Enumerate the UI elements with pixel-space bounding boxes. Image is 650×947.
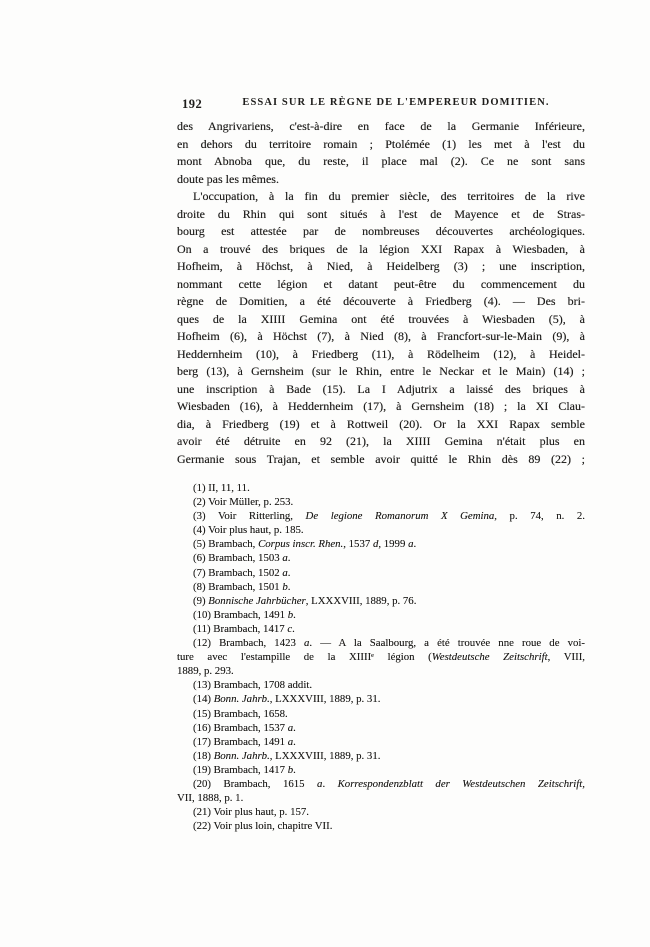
text-line: doute pas les mêmes.	[177, 171, 585, 189]
text-line: Germanie sous Trajan, et semble avoir qu…	[177, 451, 585, 469]
running-header: 192 ESSAI SUR LE RÈGNE DE L'EMPEREUR DOM…	[177, 97, 585, 112]
scanned-book-page: 192 ESSAI SUR LE RÈGNE DE L'EMPEREUR DOM…	[0, 0, 650, 947]
text-line: (9) Bonnische Jahrbücher, LXXXVIII, 1889…	[177, 594, 585, 608]
text-line: VII, 1888, p. 1.	[177, 791, 585, 805]
text-line: L'occupation, à la fin du premier siècle…	[177, 188, 585, 206]
text-line: une inscription à Bade (15). La I Adjutr…	[177, 381, 585, 399]
text-line: berg (13), à Gernsheim (sur le Rhin, ent…	[177, 363, 585, 381]
text-line: (21) Voir plus haut, p. 157.	[177, 805, 585, 819]
text-line: ques de la XIIII Gemina ont été trouvées…	[177, 311, 585, 329]
text-line: droite du Rhin qui sont situés à l'est d…	[177, 206, 585, 224]
text-line: (2) Voir Müller, p. 253.	[177, 495, 585, 509]
text-line: (4) Voir plus haut, p. 185.	[177, 523, 585, 537]
text-line: nommant cette légion et datant peut-être…	[177, 276, 585, 294]
text-line: (11) Brambach, 1417 c.	[177, 622, 585, 636]
text-line: (8) Brambach, 1501 b.	[177, 580, 585, 594]
text-line: (20) Brambach, 1615 a. Korrespondenzblat…	[177, 777, 585, 791]
text-line: On a trouvé des briques de la légion XXI…	[177, 241, 585, 259]
text-line: (16) Brambach, 1537 a.	[177, 721, 585, 735]
text-line: bourg est attestée par de nombreuses déc…	[177, 223, 585, 241]
text-line: (22) Voir plus loin, chapitre VII.	[177, 819, 585, 833]
text-line: des Angrivariens, c'est-à-dire en face d…	[177, 118, 585, 136]
text-line: dia, à Friedberg (19) et à Rottweil (20)…	[177, 416, 585, 434]
text-line: avoir été détruite en 92 (21), la XIIII …	[177, 433, 585, 451]
text-line: (19) Brambach, 1417 b.	[177, 763, 585, 777]
text-line: (17) Brambach, 1491 a.	[177, 735, 585, 749]
text-line: (18) Bonn. Jahrb., LXXXVIII, 1889, p. 31…	[177, 749, 585, 763]
text-line: règne de Domitien, a été découverte à Fr…	[177, 293, 585, 311]
text-line: (15) Brambach, 1658.	[177, 707, 585, 721]
text-line: (12) Brambach, 1423 a. — A la Saalbourg,…	[177, 636, 585, 650]
text-line: (6) Brambach, 1503 a.	[177, 551, 585, 565]
body-text: des Angrivariens, c'est-à-dire en face d…	[177, 118, 585, 468]
footnotes: (1) II, 11, 11.(2) Voir Müller, p. 253.(…	[177, 481, 585, 833]
text-line: mont Abnoba que, du reste, il place mal …	[177, 153, 585, 171]
text-line: (7) Brambach, 1502 a.	[177, 566, 585, 580]
text-line: en dehors du territoire romain ; Ptolémé…	[177, 136, 585, 154]
text-line: Wiesbaden (16), à Heddernheim (17), à Ge…	[177, 398, 585, 416]
page-number: 192	[182, 97, 202, 112]
text-line: Hofheim (6), à Höchst (7), à Nied (8), à…	[177, 328, 585, 346]
running-title: ESSAI SUR LE RÈGNE DE L'EMPEREUR DOMITIE…	[177, 97, 585, 108]
text-line: (3) Voir Ritterling, De legione Romanoru…	[177, 509, 585, 523]
text-line: 1889, p. 293.	[177, 664, 585, 678]
text-line: (5) Brambach, Corpus inscr. Rhen., 1537 …	[177, 537, 585, 551]
text-line: Heddernheim (10), à Friedberg (11), à Rö…	[177, 346, 585, 364]
text-line: (13) Brambach, 1708 addit.	[177, 678, 585, 692]
text-line: (14) Bonn. Jahrb., LXXXVIII, 1889, p. 31…	[177, 692, 585, 706]
text-line: (1) II, 11, 11.	[177, 481, 585, 495]
text-line: (10) Brambach, 1491 b.	[177, 608, 585, 622]
text-line: ture avec l'estampille de la XIIIIᵉ légi…	[177, 650, 585, 664]
text-line: Hofheim, à Höchst, à Nied, à Heidelberg …	[177, 258, 585, 276]
